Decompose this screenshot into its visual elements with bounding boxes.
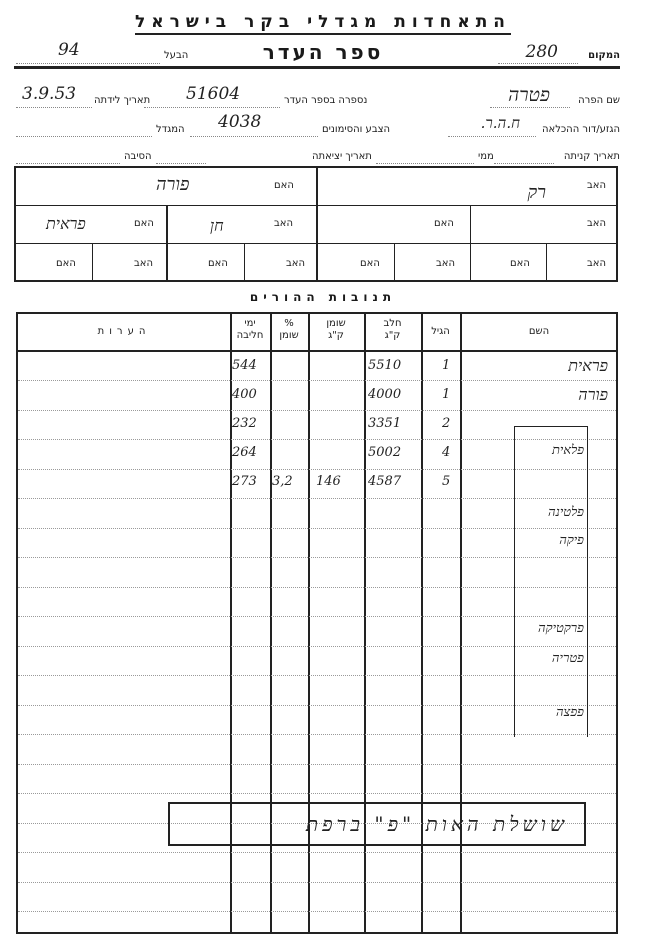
birth-date-line [16, 106, 92, 108]
ggp-label: האב [436, 258, 455, 269]
pedigree-divider [394, 243, 395, 282]
pedigree-table: האב רק האם פורה האב האם האב חן האם פראית… [14, 166, 618, 282]
cow-name-value: פטרה [508, 84, 550, 107]
descendant-name: פיקה [559, 532, 584, 548]
breeder-line [16, 135, 152, 137]
col-header-age: הגיל [421, 326, 460, 338]
cell-days: 273 [232, 474, 257, 489]
purchase-date-line [494, 162, 554, 164]
sire-dam-label: האם [434, 218, 454, 229]
pedigree-main-divider [316, 168, 318, 282]
ruled-line [18, 911, 616, 912]
cell-name: פורה [578, 385, 608, 405]
exit-date-label: תאריך יציאתה [312, 151, 372, 162]
ggp-label: האב [286, 258, 305, 269]
birth-date-value: 3.9.53 [22, 84, 76, 104]
cell-age: 4 [442, 445, 450, 460]
descendant-name: פפצה [556, 704, 584, 720]
ruled-line [18, 793, 616, 794]
col-header-milk: חלבק"ג [364, 318, 421, 342]
parents-production-title: תנובות ההורים [0, 290, 646, 304]
cell-name: פראית [568, 356, 608, 376]
lineage-note-box: שושלת האות "פ" ברפת [168, 802, 586, 846]
cell-milk: 4000 [368, 387, 401, 402]
color-label: הצבע והסימונים [322, 124, 390, 135]
ggp-label: האם [56, 258, 76, 269]
exit-date-line [156, 162, 206, 164]
descendant-name: פטריה [552, 650, 584, 666]
header-rule [14, 66, 620, 69]
purchase-date-label: תאריך קניתה [564, 151, 620, 162]
pedigree-divider [92, 243, 93, 282]
col-header-fat-kg: שומןק"ג [308, 318, 364, 342]
cell-fat-pct: 3,2 [272, 474, 293, 489]
lineage-note: שושלת האות "פ" ברפת [306, 812, 568, 837]
breed-value: ח.ה.ר. [481, 114, 520, 133]
ruled-line [18, 764, 616, 765]
ruled-line [18, 410, 616, 411]
dam-dam-value: פראית [46, 214, 86, 234]
sire-sire-label: האב [587, 218, 606, 229]
descendant-name: פלטינה [548, 504, 584, 520]
owner-value: 94 [58, 40, 80, 60]
ggp-label: האב [587, 258, 606, 269]
dam-sire-label: האב [274, 218, 293, 229]
herd-number-line [144, 106, 280, 108]
book-title: ספר העדר [0, 40, 646, 64]
ruled-line [18, 380, 616, 381]
pedigree-divider [166, 205, 168, 282]
from-line [376, 162, 474, 164]
cell-milk: 5002 [368, 445, 401, 460]
color-line [190, 135, 318, 137]
col-header-name: השם [460, 326, 618, 338]
col-header-fat-pct: %שומן [270, 318, 308, 342]
dam-sire-value: חן [210, 216, 224, 236]
header-divider [18, 350, 616, 352]
breeder-label: המגדל [156, 124, 185, 135]
descendant-name: פלאית [552, 442, 584, 458]
cell-age: 2 [442, 416, 450, 431]
cell-milk: 3351 [368, 416, 401, 431]
pedigree-divider [546, 243, 547, 282]
cell-age: 1 [442, 387, 450, 402]
ruled-line [18, 852, 616, 853]
organization-title: התאחדות מגדלי בקר בישראל [0, 12, 646, 32]
cell-days: 232 [232, 416, 257, 431]
ruled-line [18, 882, 616, 883]
cell-days: 544 [232, 358, 257, 373]
owner-label: הבעל [164, 50, 188, 61]
from-label: ממי [478, 151, 494, 162]
sire-value: רק [528, 182, 546, 203]
birth-date-label: תאריך לידתה [94, 95, 150, 106]
col-header-days: ימיחליבה [230, 318, 270, 342]
descendants-box [514, 426, 588, 737]
cell-age: 1 [442, 358, 450, 373]
breed-line [448, 135, 536, 137]
dam-value: פורה [156, 174, 189, 195]
reason-line [16, 162, 120, 164]
herd-number-label: נספרה בספר העדר [284, 95, 367, 106]
breeder-value: 4038 [218, 112, 261, 132]
descendant-name: פרקטיקה [538, 620, 584, 636]
cow-name-label: שם הפרה [578, 95, 620, 106]
sire-label: האב [587, 180, 606, 191]
cell-fat-kg: 146 [316, 474, 341, 489]
herd-number-value: 51604 [186, 84, 240, 104]
cell-days: 400 [232, 387, 257, 402]
reason-label: הסיבה [124, 151, 152, 162]
cell-age: 5 [442, 474, 450, 489]
pedigree-divider [470, 205, 471, 282]
dam-label: האם [274, 180, 294, 191]
col-header-notes: הערות [18, 326, 230, 338]
breed-label: הגזע/דור ההכלאה [542, 124, 620, 135]
ggp-label: האב [134, 258, 153, 269]
pedigree-divider [244, 243, 245, 282]
cell-milk: 5510 [368, 358, 401, 373]
cell-days: 264 [232, 445, 257, 460]
cell-milk: 4587 [368, 474, 401, 489]
ggp-label: האם [510, 258, 530, 269]
owner-field-line [16, 62, 160, 64]
dam-dam-label: האם [134, 218, 154, 229]
ggp-label: האם [360, 258, 380, 269]
ggp-label: האם [208, 258, 228, 269]
